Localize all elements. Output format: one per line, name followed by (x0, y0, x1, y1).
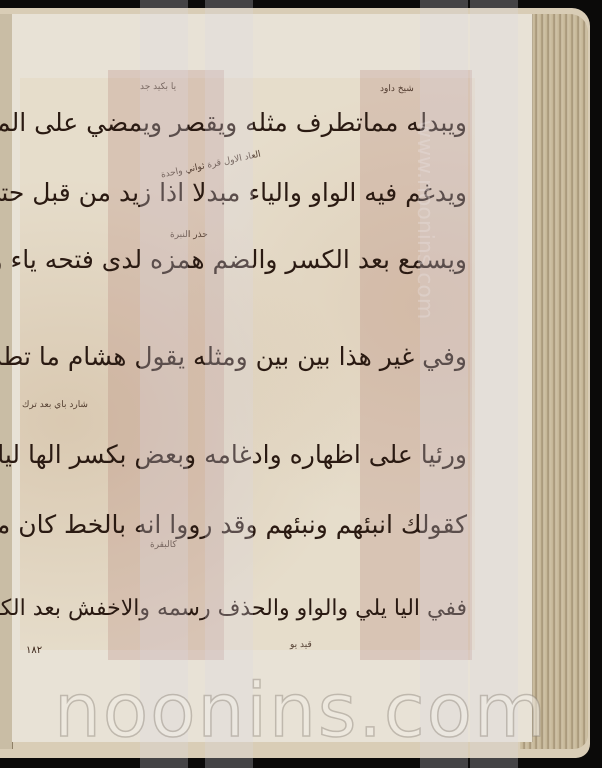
watermark-strip (140, 0, 188, 768)
marginal-note: شارد باي بعد ترك (22, 400, 88, 410)
vertical-watermark: www.noonins.com (412, 120, 437, 319)
watermark-strip (420, 0, 468, 768)
watermark-strip (470, 0, 518, 768)
watermark-text: noonins.com (0, 668, 602, 754)
marginal-note: قيد يو (290, 640, 312, 650)
watermark-strip (205, 0, 253, 768)
marginal-note: شيخ داود (380, 84, 414, 94)
page-number: ١٨٢ (26, 645, 42, 656)
